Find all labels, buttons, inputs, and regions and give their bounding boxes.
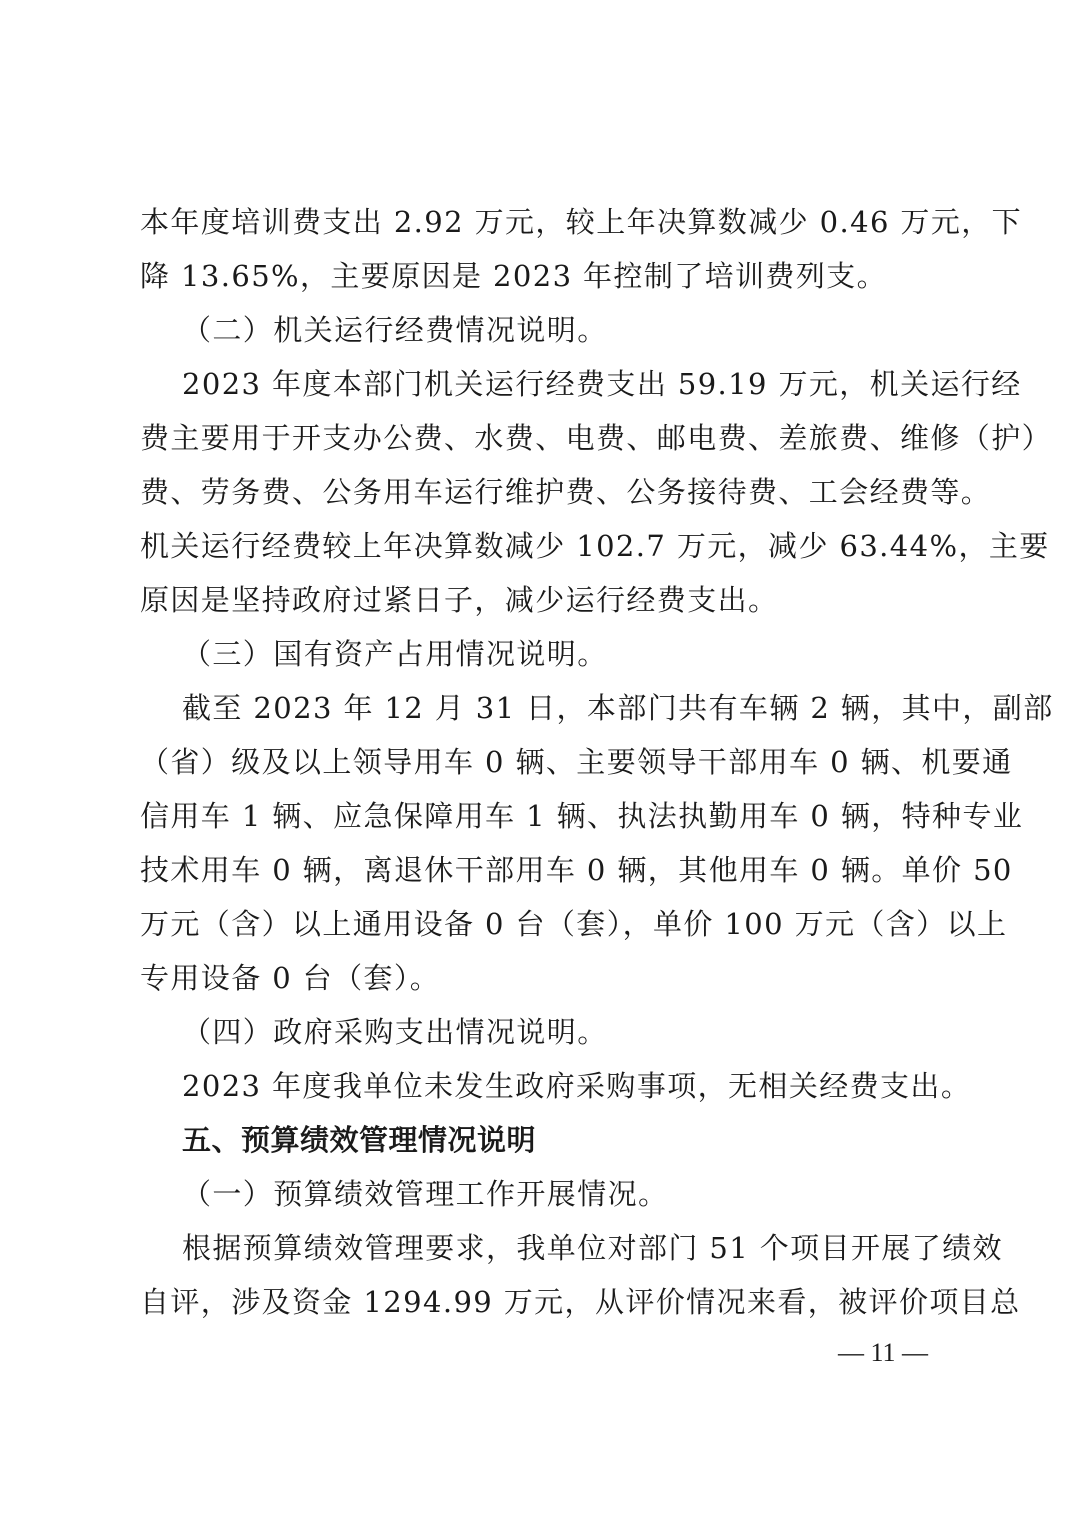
paragraph-performance-line-1: 根据预算绩效管理要求，我单位对部门 51 个项目开展了绩效: [182, 1228, 982, 1268]
paragraph-operating-expenses-line-1: 2023 年度本部门机关运行经费支出 59.19 万元，机关运行经: [182, 364, 982, 404]
paragraph-procurement: 2023 年度我单位未发生政府采购事项，无相关经费支出。: [182, 1066, 982, 1106]
section-heading-state-assets: （三）国有资产占用情况说明。: [182, 634, 982, 674]
paragraph-state-assets-line-6: 专用设备 0 台（套）。: [140, 958, 940, 998]
document-page: 本年度培训费支出 2.92 万元，较上年决算数减少 0.46 万元，下 降 13…: [0, 0, 1074, 1520]
page-number: — 11 —: [838, 1336, 928, 1370]
paragraph-state-assets-line-2: （省）级及以上领导用车 0 辆、主要领导干部用车 0 辆、机要通: [140, 742, 940, 782]
paragraph-operating-expenses-line-4: 机关运行经费较上年决算数减少 102.7 万元，减少 63.44%，主要: [140, 526, 940, 566]
paragraph-state-assets-line-3: 信用车 1 辆、应急保障用车 1 辆、执法执勤用车 0 辆，特种专业: [140, 796, 940, 836]
paragraph-training-fee-line-2: 降 13.65%，主要原因是 2023 年控制了培训费列支。: [140, 256, 940, 296]
section-heading-performance-work: （一）预算绩效管理工作开展情况。: [182, 1174, 982, 1214]
paragraph-training-fee-line-1: 本年度培训费支出 2.92 万元，较上年决算数减少 0.46 万元，下: [140, 202, 940, 242]
paragraph-state-assets-line-5: 万元（含）以上通用设备 0 台（套），单价 100 万元（含）以上: [140, 904, 940, 944]
section-heading-operating-expenses: （二）机关运行经费情况说明。: [182, 310, 982, 350]
paragraph-operating-expenses-line-5: 原因是坚持政府过紧日子，减少运行经费支出。: [140, 580, 940, 620]
paragraph-operating-expenses-line-3: 费、劳务费、公务用车运行维护费、公务接待费、工会经费等。: [140, 472, 940, 512]
section-heading-procurement: （四）政府采购支出情况说明。: [182, 1012, 982, 1052]
paragraph-state-assets-line-1: 截至 2023 年 12 月 31 日，本部门共有车辆 2 辆，其中，副部: [182, 688, 982, 728]
chapter-heading-performance-management: 五、预算绩效管理情况说明: [182, 1120, 982, 1160]
paragraph-performance-line-2: 自评，涉及资金 1294.99 万元，从评价情况来看，被评价项目总: [140, 1282, 940, 1322]
paragraph-state-assets-line-4: 技术用车 0 辆，离退休干部用车 0 辆，其他用车 0 辆。单价 50: [140, 850, 940, 890]
paragraph-operating-expenses-line-2: 费主要用于开支办公费、水费、电费、邮电费、差旅费、维修（护）: [140, 418, 940, 458]
